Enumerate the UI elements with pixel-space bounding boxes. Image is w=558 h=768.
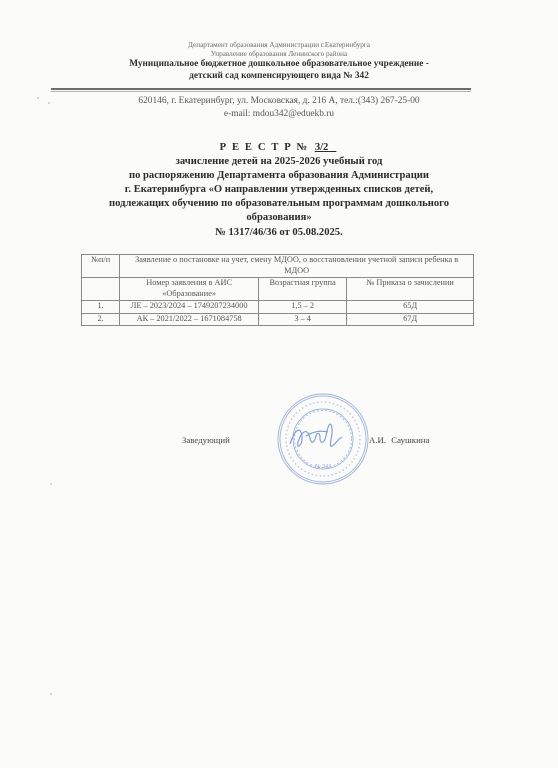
row-application: АК – 2021/2022 – 1671084758 [120,313,259,326]
organization-line-2: детский сад компенсирующего вида № 342 [0,70,558,82]
header-age-group: Возрастная группа [259,278,347,301]
title-line-3: по распоряжению Департамента образования… [0,169,558,183]
title-line-2: зачисление детей на 2025-2026 учебный го… [0,155,558,169]
department-line-1: Департамент образования Администрации г.… [0,41,558,50]
registry-table: №п/п Заявление о постановке на учет, сме… [81,254,474,326]
row-age-group: 3 – 4 [259,313,347,326]
title-line-7: № 1317/46/36 от 05.08.2025. [0,226,558,240]
scan-speck [48,102,50,104]
registry-number: 3/2 [309,142,339,153]
signatory-position: Заведующий [182,435,230,445]
row-order: 67Д [347,313,474,326]
row-application: ЛЕ – 2023/2024 – 1749207234000 [120,301,259,314]
title-line-5: подлежащих обучению по образовательным п… [0,197,558,211]
table-header-row: №п/п Заявление о постановке на учет, сме… [82,255,474,278]
header-order: № Приказа о зачислении [347,278,474,301]
table-row: 2. АК – 2021/2022 – 1671084758 3 – 4 67Д [82,313,474,326]
row-age-group: 1,5 – 2 [259,301,347,314]
header-application: Номер заявления в АИС «Образование» [120,278,259,301]
title-line-6: образования» [0,211,558,225]
address-line: 620146, г. Екатеринбург, ул. Московская,… [0,95,558,108]
table-row: 1. ЛЕ – 2023/2024 – 1749207234000 1,5 – … [82,301,474,314]
organization-line-1: Муниципальное бюджетное дошкольное образ… [0,58,558,70]
scan-speck [50,693,52,695]
header-group: Заявление о постановке на учет, смену МД… [120,255,474,278]
signatory-name: А.И. Саушкина [369,435,429,445]
document-title: Р Е Е С Т Р №3/2 зачисление детей на 202… [0,141,558,240]
email-line: e-mail: mdou342@eduekb.ru [0,108,558,121]
row-order: 65Д [347,301,474,314]
scan-speck [50,483,52,485]
registry-label: Р Е Е С Т Р № [220,142,309,153]
official-stamp-icon: № 342 [276,392,370,486]
letterhead-address: 620146, г. Екатеринбург, ул. Московская,… [0,95,558,121]
letterhead-organization: Муниципальное бюджетное дошкольное образ… [0,58,558,82]
header-empty [82,278,120,301]
stamp-number: № 342 [315,464,331,470]
scan-speck [37,97,39,99]
letterhead-department: Департамент образования Администрации г.… [0,41,558,59]
header-num: №п/п [82,255,120,278]
registry-heading: Р Е Е С Т Р №3/2 [0,141,558,155]
letterhead-divider [51,88,471,90]
title-line-4: г. Екатеринбурга «О направлении утвержде… [0,183,558,197]
letterhead-divider-thin [51,91,471,92]
row-num: 1. [82,301,120,314]
table-subheader-row: Номер заявления в АИС «Образование» Возр… [82,278,474,301]
row-num: 2. [82,313,120,326]
